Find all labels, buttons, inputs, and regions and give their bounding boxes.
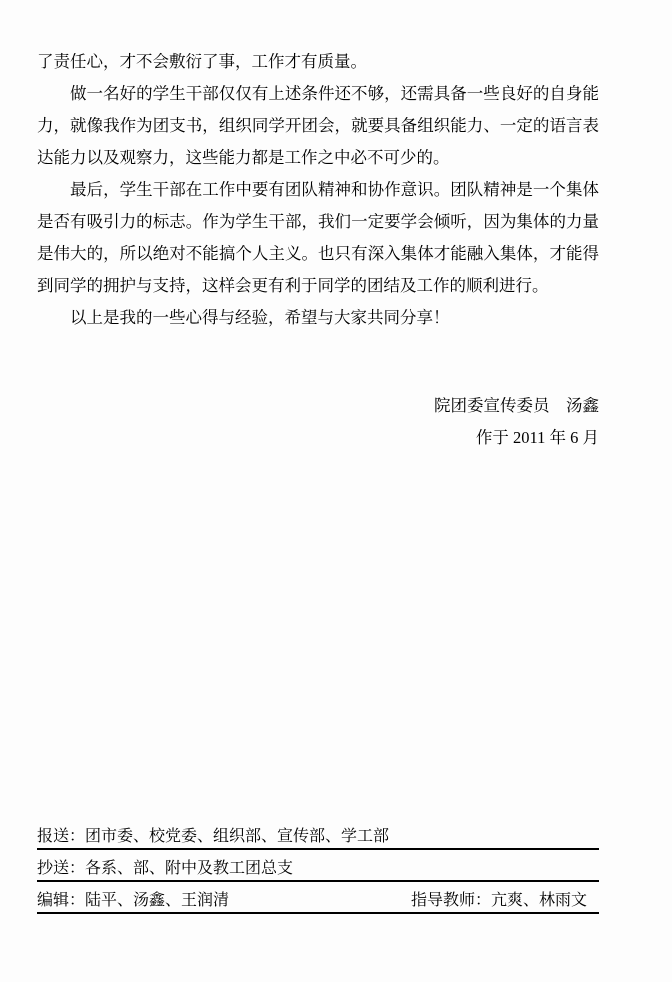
body-paragraph-continuation: 了责任心，才不会敷衍了事，工作才有质量。 [37,46,599,78]
advisors-line: 指导教师：亢爽、林雨文 [411,891,599,911]
footer-row-report-to: 报送：团市委、校党委、组织部、宣传部、学工部 [37,818,599,850]
body-paragraph-abilities: 做一名好的学生干部仅仅有上述条件还不够，还需具备一些良好的自身能力，就像我作为团… [37,78,599,174]
document-page: 了责任心，才不会敷衍了事，工作才有质量。 做一名好的学生干部仅仅有上述条件还不够… [0,0,672,982]
body-paragraph-teamwork: 最后，学生干部在工作中要有团队精神和协作意识。团队精神是一个集体是否有吸引力的标… [37,174,599,302]
signature-author: 院团委宣传委员 汤鑫 [37,390,599,422]
document-body: 了责任心，才不会敷衍了事，工作才有质量。 做一名好的学生干部仅仅有上述条件还不够… [37,46,599,454]
document-footer: 报送：团市委、校党委、组织部、宣传部、学工部 抄送：各系、部、附中及教工团总支 … [37,818,599,914]
footer-row-copy-to: 抄送：各系、部、附中及教工团总支 [37,850,599,882]
report-to-line: 报送：团市委、校党委、组织部、宣传部、学工部 [37,827,389,847]
footer-row-editors: 编辑：陆平、汤鑫、王润清 指导教师：亢爽、林雨文 [37,882,599,914]
editors-line: 编辑：陆平、汤鑫、王润清 [37,891,229,911]
signature-date: 作于 2011 年 6 月 [37,422,599,454]
signature-block: 院团委宣传委员 汤鑫 作于 2011 年 6 月 [37,390,599,454]
body-paragraph-closing: 以上是我的一些心得与经验，希望与大家共同分享！ [37,302,599,334]
copy-to-line: 抄送：各系、部、附中及教工团总支 [37,859,293,879]
